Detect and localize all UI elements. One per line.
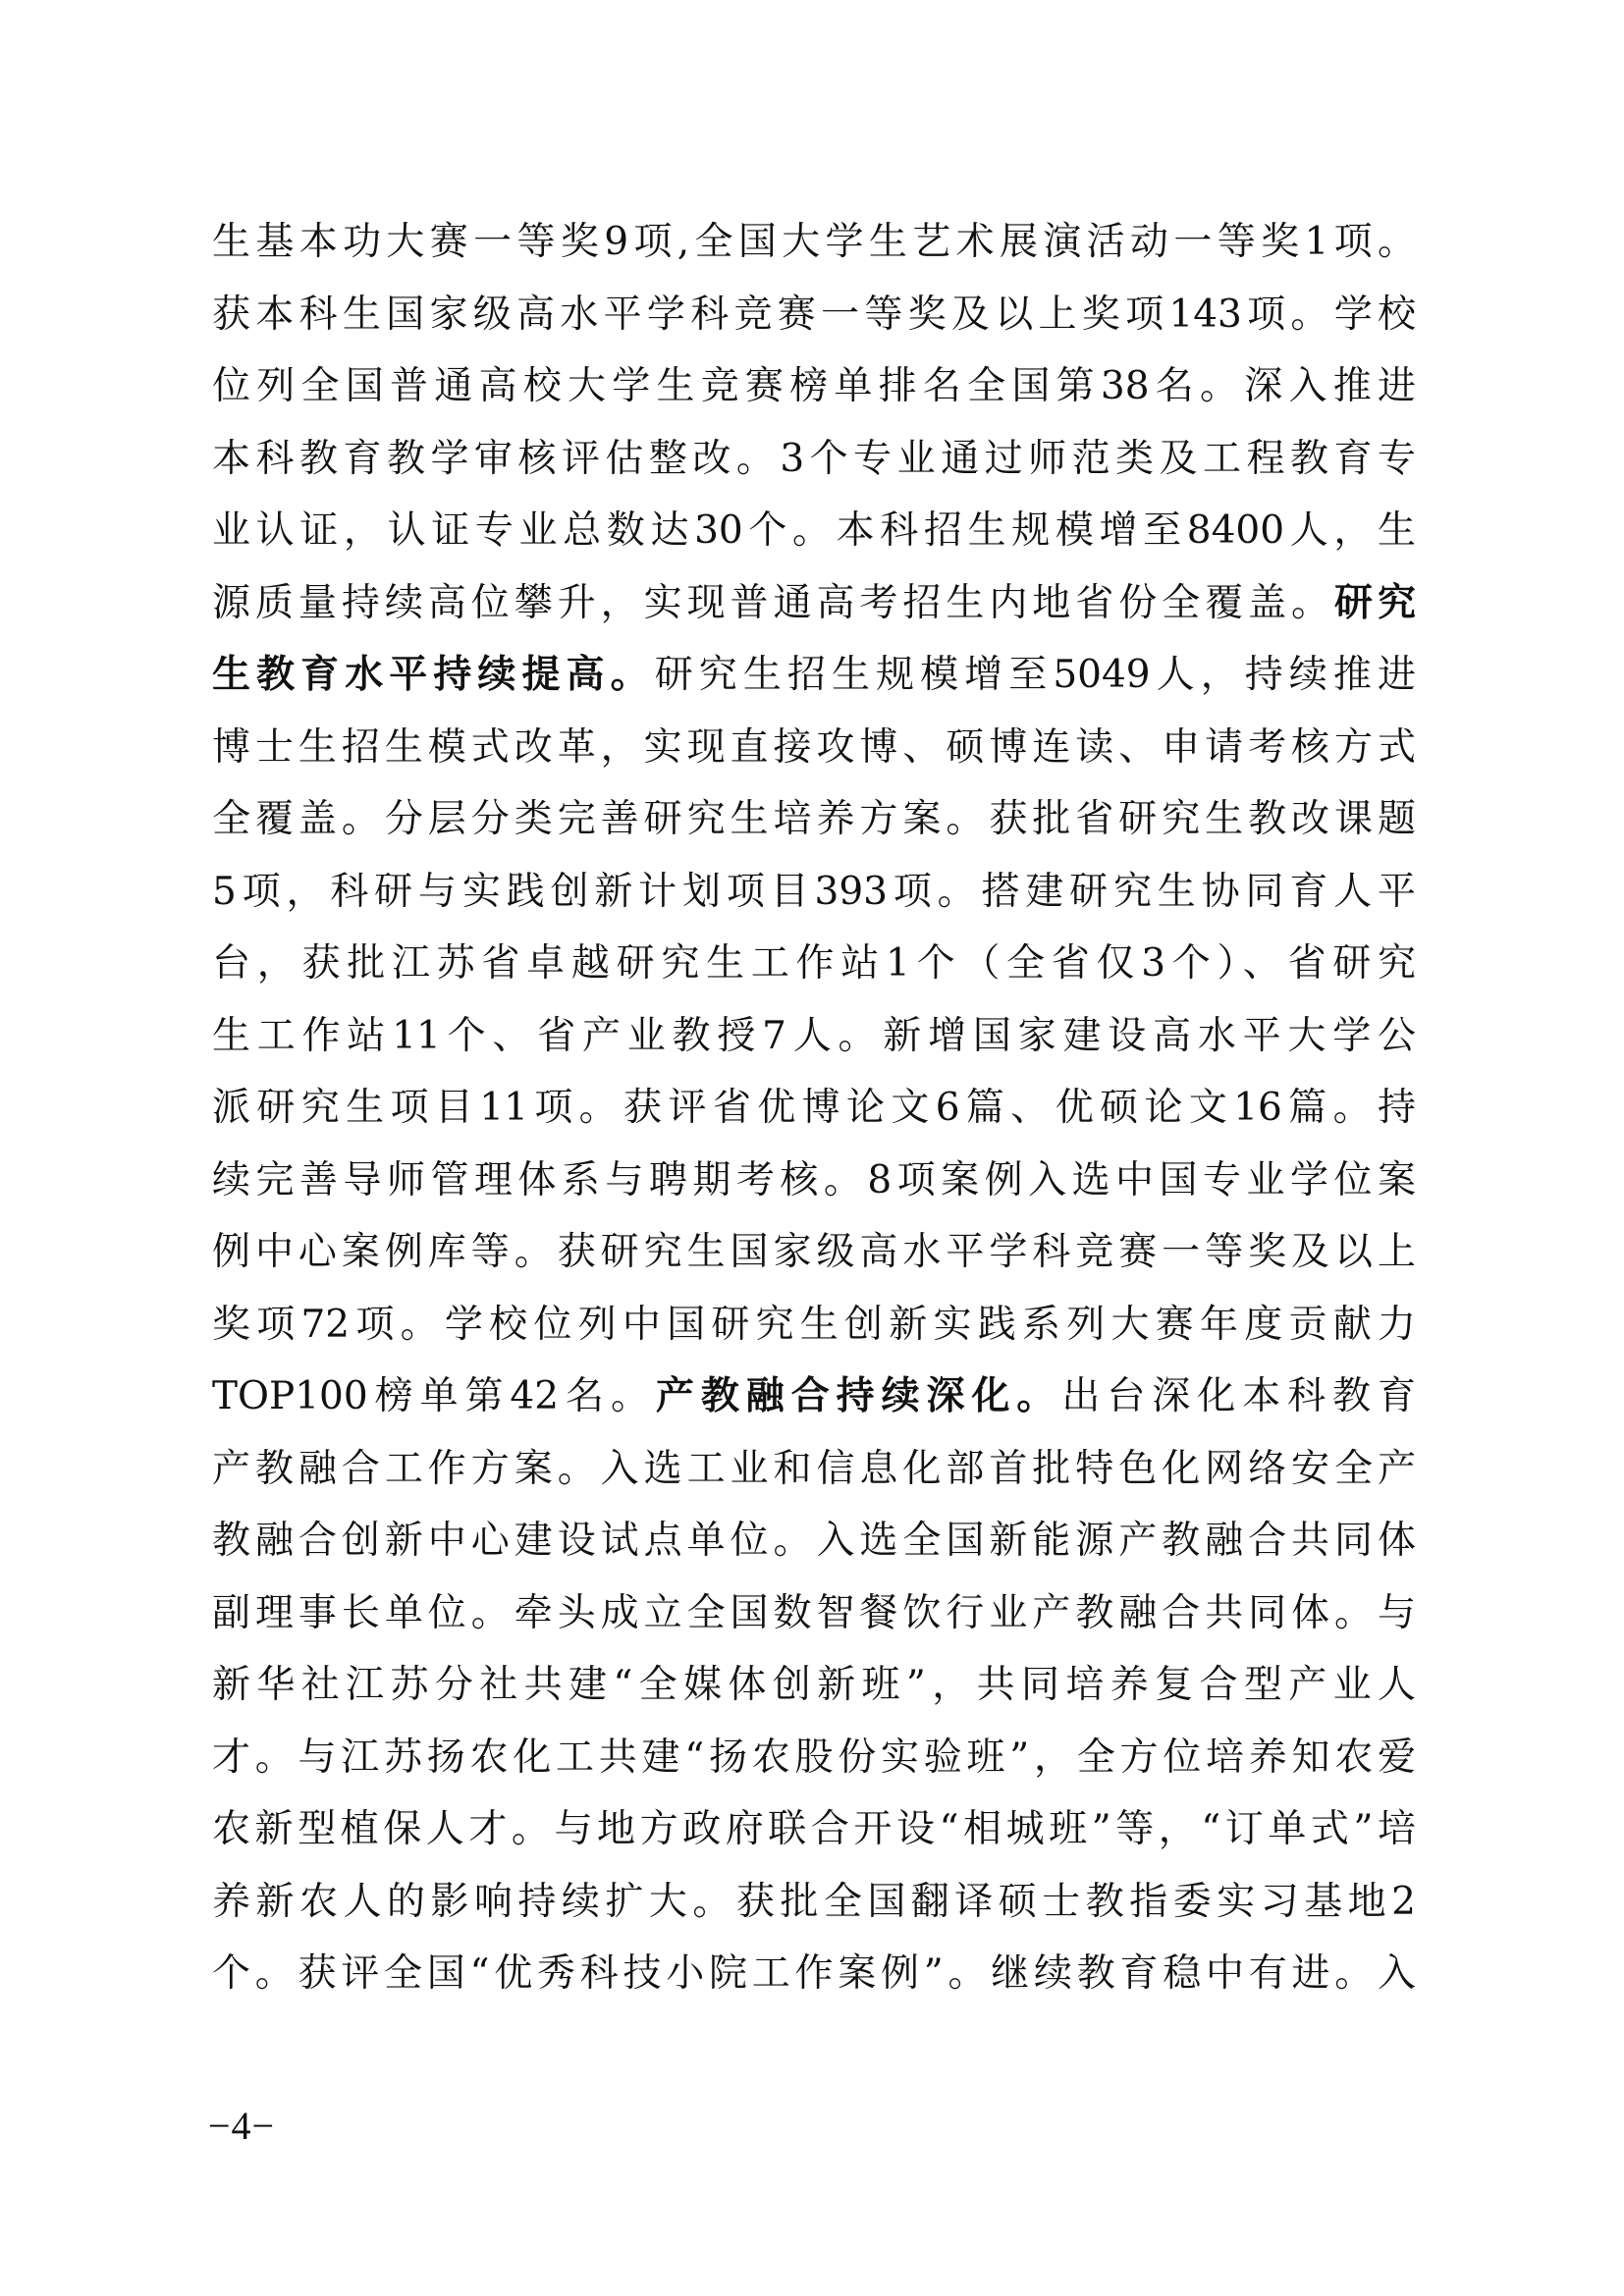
text-line: 全覆盖。分层分类完善研究生培养方案。获批省研究生教改课题 bbox=[212, 783, 1416, 856]
body-text-segment: 新华社江苏分社共建“全媒体创新班”，共同培养复合型产业人 bbox=[212, 1663, 1416, 1707]
text-line: 产教融合工作方案。入选工业和信息化部首批特色化网络安全产 bbox=[212, 1433, 1416, 1506]
text-line: 续完善导师管理体系与聘期考核。8项案例入选中国专业学位案 bbox=[212, 1145, 1416, 1217]
body-text-segment: 续完善导师管理体系与聘期考核。8项案例入选中国专业学位案 bbox=[212, 1158, 1416, 1202]
text-line: 生基本功大赛一等奖9项,全国大学生艺术展演活动一等奖1项。 bbox=[212, 206, 1416, 279]
document-page: 生基本功大赛一等奖9项,全国大学生艺术展演活动一等奖1项。获本科生国家级高水平学… bbox=[0, 0, 1624, 2296]
text-line: 博士生招生模式改革，实现直接攻博、硕博连读、申请考核方式 bbox=[212, 712, 1416, 784]
text-line: 奖项72项。学校位列中国研究生创新实践系列大赛年度贡献力 bbox=[212, 1289, 1416, 1362]
body-text-segment: 5项，科研与实践创新计划项目393项。搭建研究生协同育人平 bbox=[212, 870, 1416, 914]
body-text-segment: TOP100榜单第42名。 bbox=[212, 1374, 656, 1418]
body-text-segment: 业认证，认证专业总数达30个。本科招生规模增至8400人，生 bbox=[212, 508, 1416, 553]
bold-heading-text: 产教融合持续深化。 bbox=[656, 1373, 1061, 1418]
text-line: 新华社江苏分社共建“全媒体创新班”，共同培养复合型产业人 bbox=[212, 1649, 1416, 1722]
text-line: 生工作站11个、省产业教授7人。新增国家建设高水平大学公 bbox=[212, 1000, 1416, 1073]
body-text-segment: 位列全国普通高校大学生竞赛榜单排名全国第38名。深入推进 bbox=[212, 364, 1416, 408]
text-line: 生教育水平持续提高。研究生招生规模增至5049人，持续推进 bbox=[212, 639, 1416, 712]
text-line: 派研究生项目11项。获评省优博论文6篇、优硕论文16篇。持 bbox=[212, 1072, 1416, 1145]
text-line: 农新型植保人才。与地方政府联合开设“相城班”等，“订单式”培 bbox=[212, 1793, 1416, 1866]
text-line: 5项，科研与实践创新计划项目393项。搭建研究生协同育人平 bbox=[212, 856, 1416, 929]
body-text-segment: 生工作站11个、省产业教授7人。新增国家建设高水平大学公 bbox=[212, 1014, 1416, 1058]
text-line: 个。获评全国“优秀科技小院工作案例”。继续教育稳中有进。入 bbox=[212, 1938, 1416, 2010]
body-text-segment: 生基本功大赛一等奖9项,全国大学生艺术展演活动一等奖1项。 bbox=[212, 220, 1416, 264]
text-line: 教融合创新中心建设试点单位。入选全国新能源产教融合共同体 bbox=[212, 1505, 1416, 1577]
body-text-segment: 教融合创新中心建设试点单位。入选全国新能源产教融合共同体 bbox=[212, 1519, 1416, 1563]
body-text-segment: 农新型植保人才。与地方政府联合开设“相城班”等，“订单式”培 bbox=[212, 1807, 1416, 1851]
body-text-segment: 派研究生项目11项。获评省优博论文6篇、优硕论文16篇。持 bbox=[212, 1086, 1416, 1130]
body-text-segment: 源质量持续高位攀升，实现普通高考招生内地省份全覆盖。 bbox=[212, 581, 1334, 625]
text-line: 例中心案例库等。获研究生国家级高水平学科竞赛一等奖及以上 bbox=[212, 1216, 1416, 1289]
text-line: 养新农人的影响持续扩大。获批全国翻译硕士教指委实习基地2 bbox=[212, 1866, 1416, 1939]
body-text-segment: 产教融合工作方案。入选工业和信息化部首批特色化网络安全产 bbox=[212, 1447, 1416, 1491]
body-text-segment: 获本科生国家级高水平学科竞赛一等奖及以上奖项143项。学校 bbox=[212, 293, 1416, 337]
body-text-segment: 出台深化本科教育 bbox=[1061, 1374, 1416, 1418]
body-text-segment: 个。获评全国“优秀科技小院工作案例”。继续教育稳中有进。入 bbox=[212, 1951, 1416, 1996]
bold-heading-text: 研究 bbox=[1334, 580, 1416, 625]
bold-heading-text: 生教育水平持续提高。 bbox=[212, 652, 655, 697]
text-line: 源质量持续高位攀升，实现普通高考招生内地省份全覆盖。研究 bbox=[212, 567, 1416, 640]
body-text-segment: 本科教育教学审核评估整改。3个专业通过师范类及工程教育专 bbox=[212, 437, 1416, 481]
text-line: 获本科生国家级高水平学科竞赛一等奖及以上奖项143项。学校 bbox=[212, 279, 1416, 351]
body-text-segment: 才。与江苏扬农化工共建“扬农股份实验班”，全方位培养知农爱 bbox=[212, 1735, 1416, 1780]
body-text-segment: 博士生招生模式改革，实现直接攻博、硕博连读、申请考核方式 bbox=[212, 725, 1416, 770]
body-text-segment: 全覆盖。分层分类完善研究生培养方案。获批省研究生教改课题 bbox=[212, 797, 1416, 841]
body-text-segment: 研究生招生规模增至5049人，持续推进 bbox=[655, 653, 1416, 697]
text-line: TOP100榜单第42名。产教融合持续深化。出台深化本科教育 bbox=[212, 1361, 1416, 1433]
body-paragraph: 生基本功大赛一等奖9项,全国大学生艺术展演活动一等奖1项。获本科生国家级高水平学… bbox=[212, 206, 1416, 2010]
page-number: −4− bbox=[208, 2103, 275, 2149]
body-text-segment: 台，获批江苏省卓越研究生工作站1个（全省仅3个）、省研究 bbox=[212, 941, 1416, 986]
text-line: 台，获批江苏省卓越研究生工作站1个（全省仅3个）、省研究 bbox=[212, 928, 1416, 1000]
body-text-segment: 副理事长单位。牵头成立全国数智餐饮行业产教融合共同体。与 bbox=[212, 1591, 1416, 1635]
text-line: 位列全国普通高校大学生竞赛榜单排名全国第38名。深入推进 bbox=[212, 350, 1416, 423]
body-text-segment: 例中心案例库等。获研究生国家级高水平学科竞赛一等奖及以上 bbox=[212, 1230, 1416, 1274]
text-line: 本科教育教学审核评估整改。3个专业通过师范类及工程教育专 bbox=[212, 423, 1416, 496]
text-line: 业认证，认证专业总数达30个。本科招生规模增至8400人，生 bbox=[212, 495, 1416, 567]
text-line: 才。与江苏扬农化工共建“扬农股份实验班”，全方位培养知农爱 bbox=[212, 1722, 1416, 1794]
text-line: 副理事长单位。牵头成立全国数智餐饮行业产教融合共同体。与 bbox=[212, 1577, 1416, 1650]
body-text-segment: 养新农人的影响持续扩大。获批全国翻译硕士教指委实习基地2 bbox=[212, 1880, 1416, 1924]
body-text-segment: 奖项72项。学校位列中国研究生创新实践系列大赛年度贡献力 bbox=[212, 1303, 1416, 1347]
